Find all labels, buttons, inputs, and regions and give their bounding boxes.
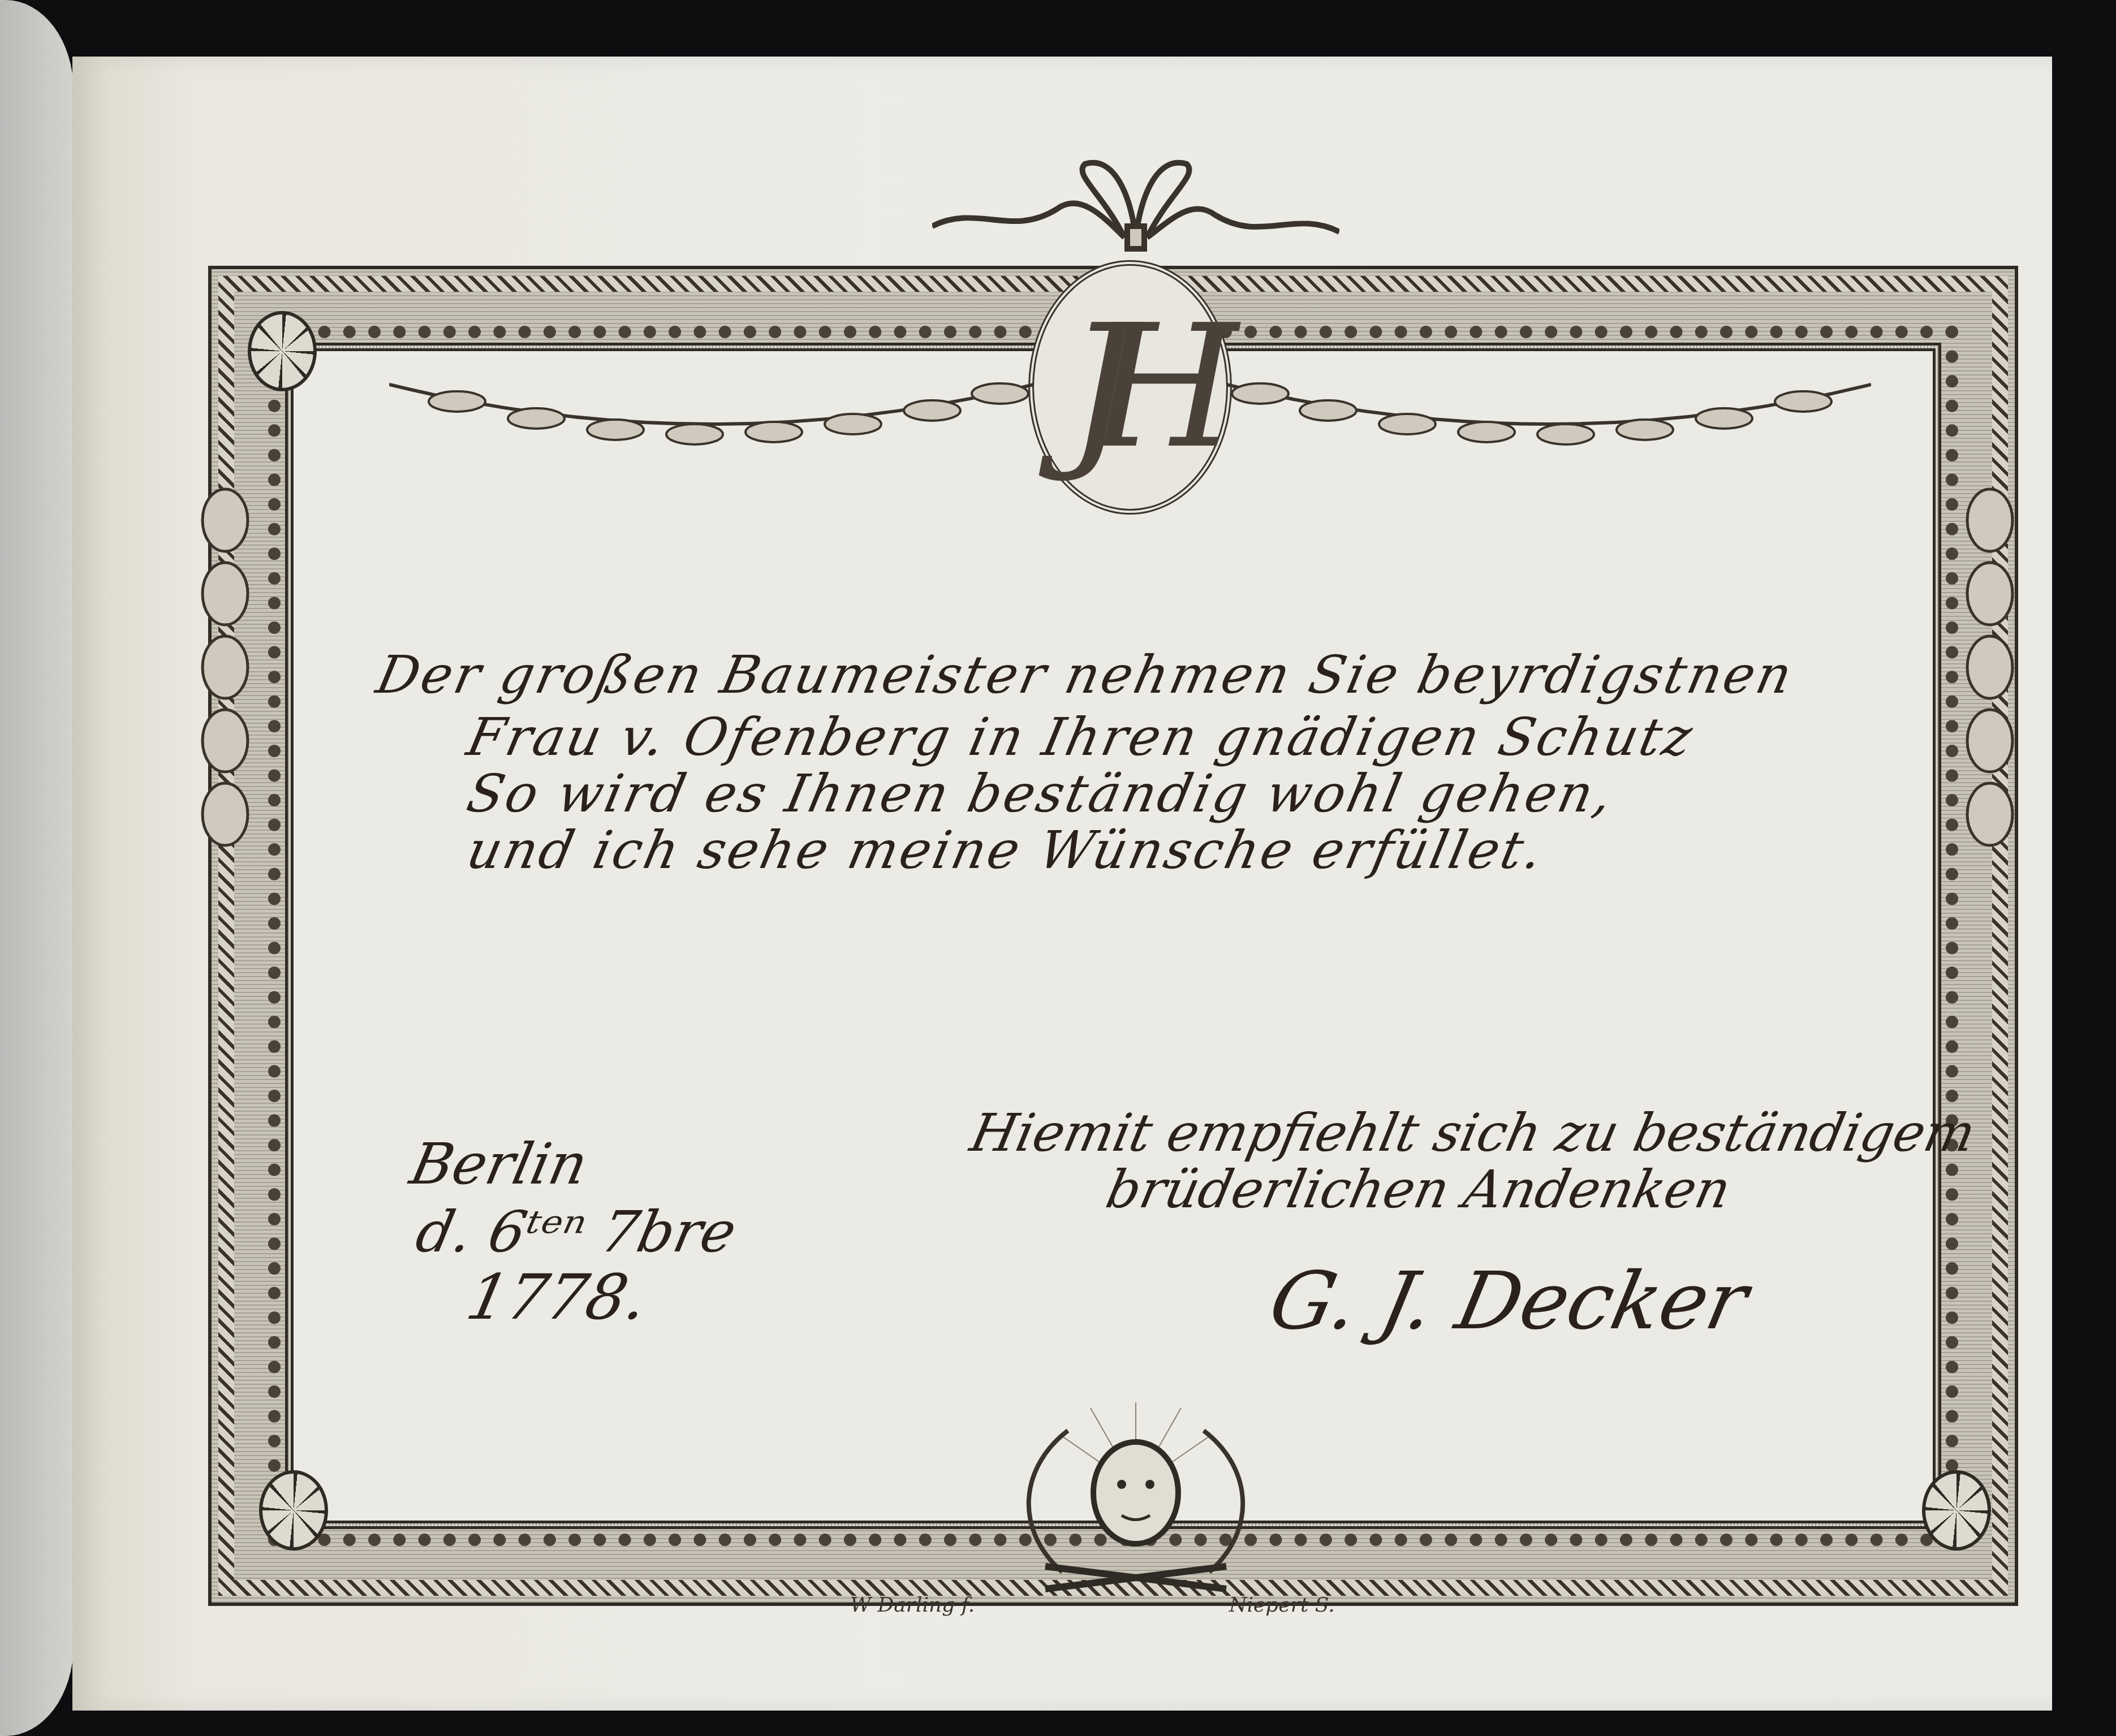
closing-line: brüderlichen Andenken [1101,1159,1736,1220]
inscription-line: und ich sehe meine Wünsche erfüllet. [462,820,1550,880]
engraver-credit-right: Niepert S. [1229,1594,1335,1617]
ribbon-bow-icon [932,158,1339,271]
monogram-text: JH [1067,303,1193,472]
place-text: Berlin [405,1131,594,1197]
laurel-garland-right-icon [1226,373,1871,452]
album-page: JH [72,57,2052,1711]
signature: G. J. Decker [1262,1255,1756,1348]
monogram-medallion: JH [1028,260,1232,515]
radiant-face-wreath-icon [977,1402,1294,1606]
year-text: 1778. [460,1261,654,1333]
laurel-garland-left-icon [389,373,1034,452]
inscription-line: Frau v. Ofenberg in Ihren gnädigen Schut… [462,707,1700,767]
corner-rosette-icon [1922,1470,1991,1551]
hanging-laurel-left-icon [191,486,259,882]
previous-page-edge [0,0,74,1736]
hanging-laurel-right-icon [1956,486,2024,882]
corner-rosette-icon [248,311,317,391]
corner-rosette-icon [259,1470,328,1551]
closing-line: Hiemit empfiehlt sich zu beständigem [966,1103,1981,1163]
inscription-line: So wird es Ihnen beständig wohl gehen, [462,763,1620,824]
engraver-credit-left: W Darling f. [850,1594,975,1617]
inscription-line: Der großen Baumeister nehmen Sie beyrdig… [372,645,1799,705]
date-text: d. 6ᵗᵉⁿ 7bre [411,1199,742,1265]
